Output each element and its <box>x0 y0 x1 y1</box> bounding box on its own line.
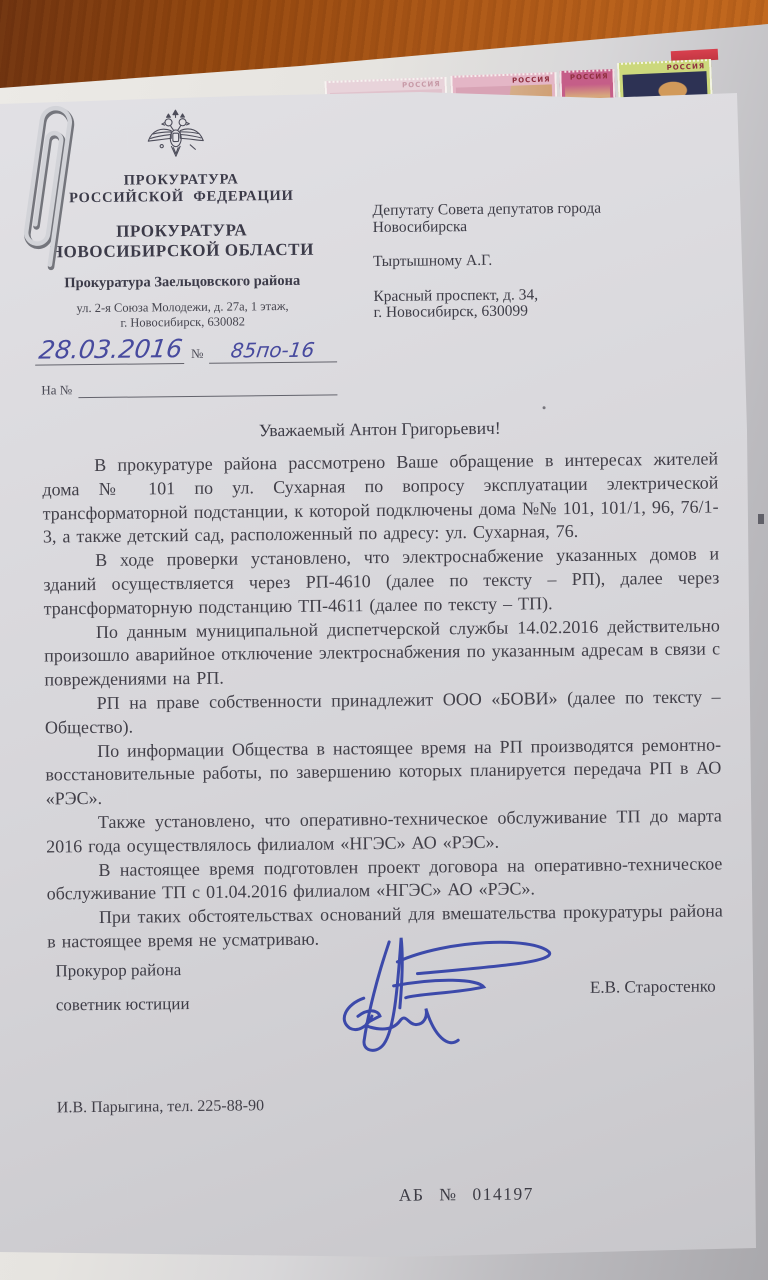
letterhead-line: РОССИЙСКОЙ ФЕДЕРАЦИИ <box>69 188 294 206</box>
recipient-title: Депутату Совета депутатов города Новосиб… <box>372 199 712 236</box>
paragraph: Также установлено, что оперативно-технич… <box>46 804 722 859</box>
letterhead-line: ПРОКУРАТУРА <box>116 220 247 240</box>
form-serial-number: АБ № 014197 <box>399 1183 534 1205</box>
coat-of-arms-icon <box>143 106 208 165</box>
recipient-line: Депутату Совета депутатов города <box>372 200 601 219</box>
paragraph: По данным муниципальной диспетчерской сл… <box>44 614 721 692</box>
address-line: ул. 2-я Союза Молодежи, д. 27а, 1 этаж, <box>76 299 288 315</box>
handwritten-date: 28.03.2016 <box>35 336 188 366</box>
paragraph: РП на праве собственности принадлежит ОО… <box>45 685 721 740</box>
letter-content: ПРОКУРАТУРА РОССИЙСКОЙ ФЕДЕРАЦИИ ПРОКУРА… <box>0 0 768 1280</box>
paragraph: По информации Общества в настоящее время… <box>45 733 722 811</box>
registration-line: 28.03.2016 № 85по-16 <box>37 334 337 365</box>
edge-mark <box>758 514 764 524</box>
recipient-line: Новосибирска <box>373 218 468 236</box>
number-sign: № <box>191 346 204 362</box>
signer-position: Прокурор района <box>55 960 181 981</box>
paragraph: В прокуратуре района рассмотрено Ваше об… <box>42 447 719 549</box>
signature-autograph <box>297 926 598 1059</box>
salutation: Уважаемый Антон Григорьевич! <box>42 415 718 443</box>
recipient-name: Тыртышному А.Г. <box>373 250 713 270</box>
signer-name: Е.В. Старостенко <box>590 977 716 998</box>
letterhead-region: ПРОКУРАТУРА НОВОСИБИРСКОЙ ОБЛАСТИ <box>32 219 332 262</box>
photo-scene: РОССИЯ РОССИЯ РОССИЯ РОССИЯ <box>0 0 768 1280</box>
handwritten-doc-number: 85по-16 <box>230 339 316 362</box>
document-number-line: 85по-16 <box>208 338 337 363</box>
letterhead-line: НОВОСИБИРСКОЙ ОБЛАСТИ <box>50 240 314 262</box>
reply-to-line: На № <box>41 379 337 398</box>
recipient-line: г. Новосибирск, 630099 <box>373 302 528 321</box>
letterhead-address: ул. 2-я Союза Молодежи, д. 27а, 1 этаж, … <box>32 298 332 331</box>
stamp-country-label: РОССИЯ <box>561 71 612 82</box>
letter-sheet: ПРОКУРАТУРА РОССИЙСКОЙ ФЕДЕРАЦИИ ПРОКУРА… <box>0 0 768 1280</box>
ink-dot <box>543 406 546 409</box>
letter-body: В прокуратуре района рассмотрено Ваше об… <box>42 447 723 954</box>
signer-rank: советник юстиции <box>56 994 190 1015</box>
address-line: г. Новосибирск, 630082 <box>120 314 245 329</box>
signature-block: Прокурор района советник юстиции Е.В. Ст… <box>47 946 726 1063</box>
paragraph: В настоящее время подготовлен проект дог… <box>46 852 722 907</box>
blank-rule <box>78 379 337 398</box>
executor-contact: И.В. Парыгина, тел. 225-88-90 <box>57 1097 264 1117</box>
recipient-address: Красный проспект, д. 34, г. Новосибирск,… <box>373 285 713 322</box>
reply-to-label: На № <box>41 382 72 398</box>
letterhead-district: Прокуратура Заельцовского района <box>32 272 332 292</box>
paragraph: В ходе проверки установлено, что электро… <box>43 543 720 621</box>
letterhead-line: ПРОКУРАТУРА <box>124 171 239 188</box>
recipient-block: Депутату Совета депутатов города Новосиб… <box>372 199 713 339</box>
